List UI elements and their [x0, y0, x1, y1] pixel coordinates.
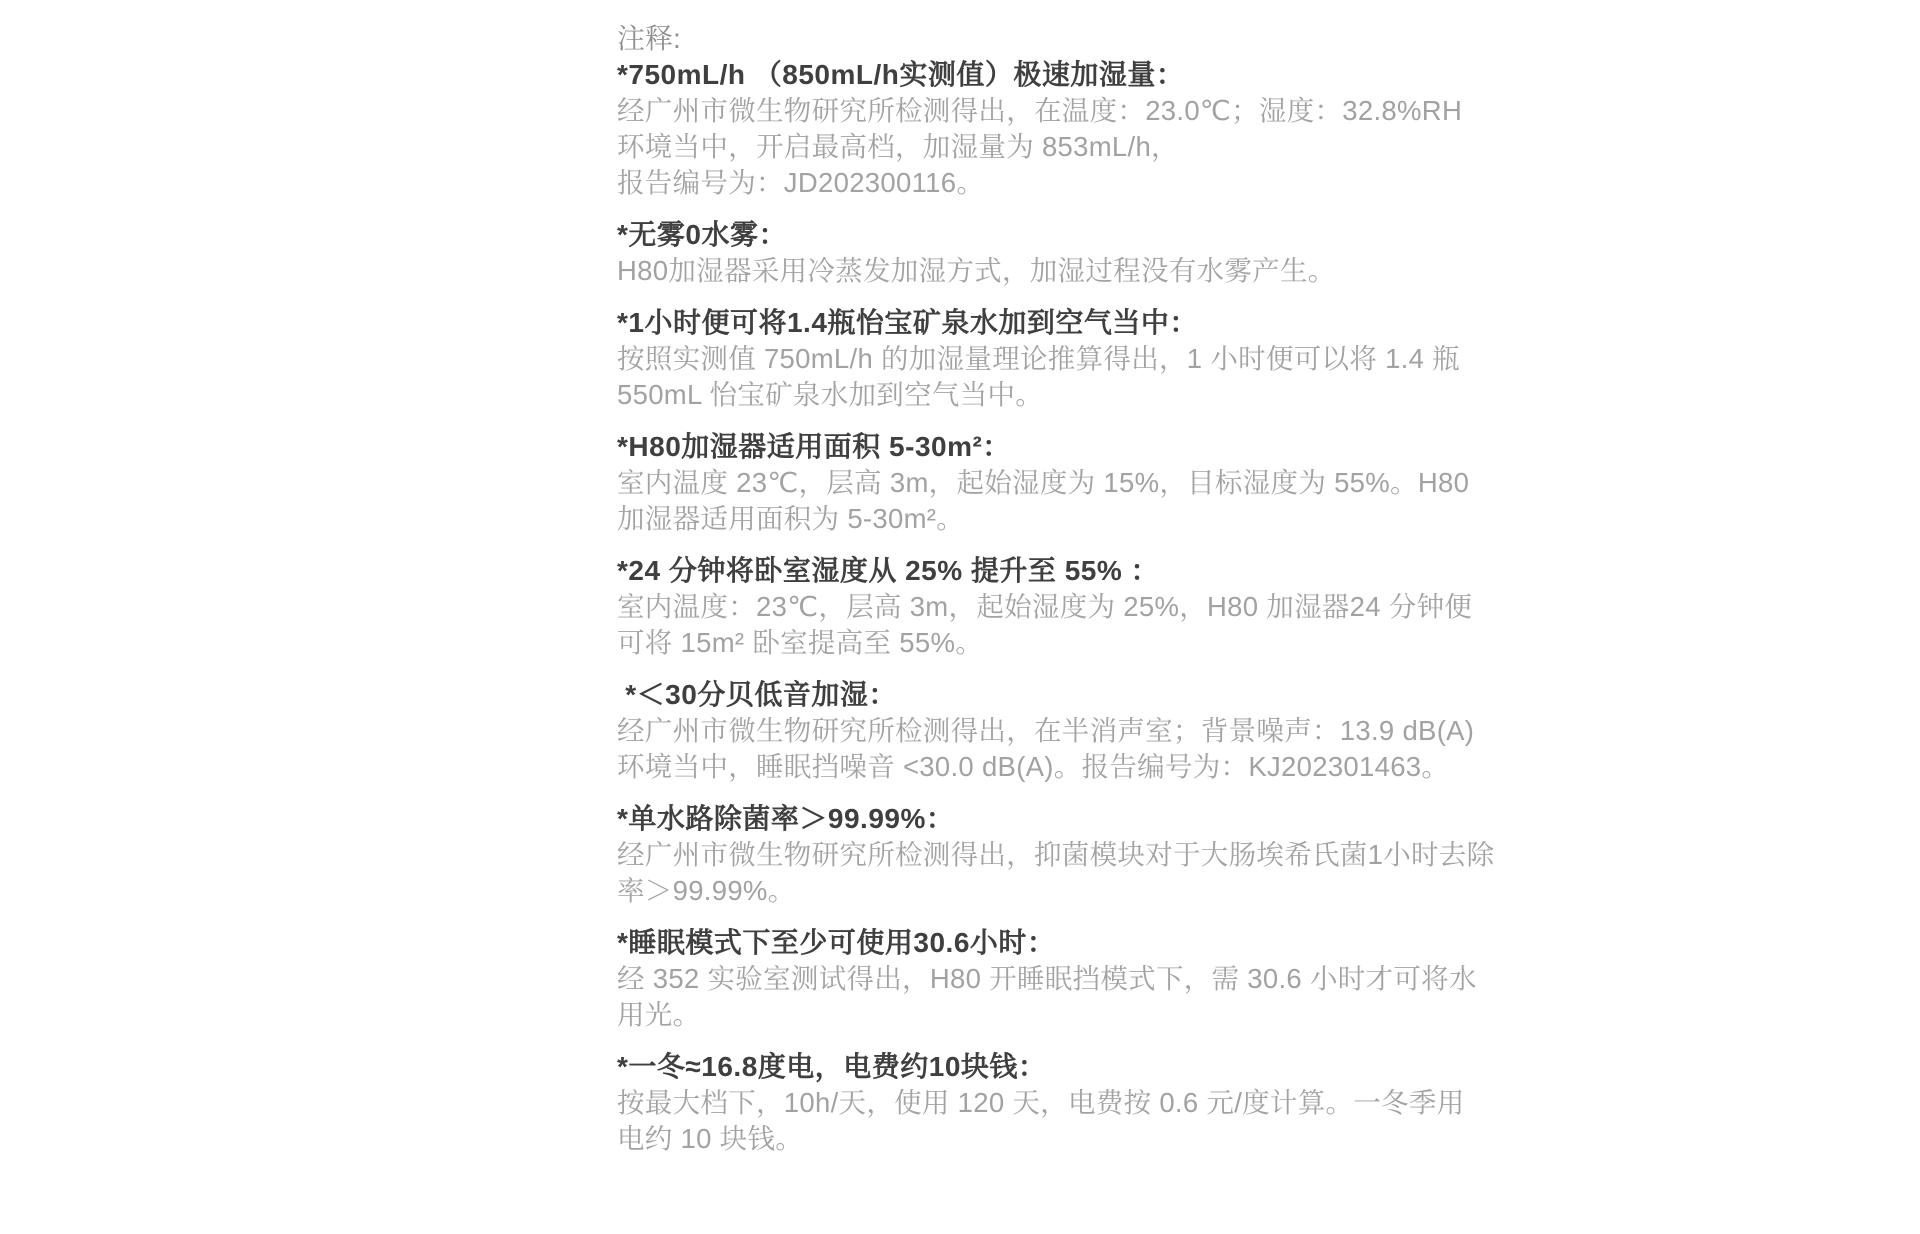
- note-section-24min-humidity: *24 分钟将卧室湿度从 25% 提升至 55% ： 室内温度：23℃，层高 3…: [617, 553, 1357, 661]
- note-section-no-mist: *无雾0水雾： H80加湿器采用冷蒸发加湿方式，加湿过程没有水雾产生。: [617, 217, 1357, 289]
- note-section-rapid-humidification: *750mL/h （850mL/h实测值）极速加湿量： 经广州市微生物研究所检测…: [617, 57, 1357, 201]
- note-section-electricity-cost: *一冬≈16.8度电，电费约10块钱： 按最大档下，10h/天，使用 120 天…: [617, 1049, 1357, 1157]
- note-line: 经广州市微生物研究所检测得出，在半消声室；背景噪声：13.9 dB(A): [617, 713, 1357, 749]
- note-line: 可将 15m² 卧室提高至 55%。: [617, 625, 1357, 661]
- note-section-sterilization-rate: *单水路除菌率＞99.99%： 经广州市微生物研究所检测得出，抑菌模块对于大肠埃…: [617, 801, 1357, 909]
- note-line: H80加湿器采用冷蒸发加湿方式，加湿过程没有水雾产生。: [617, 253, 1357, 289]
- note-section-water-bottle: *1小时便可将1.4瓶怡宝矿泉水加到空气当中： 按照实测值 750mL/h 的加…: [617, 305, 1357, 413]
- note-line: 环境当中，睡眠挡噪音 <30.0 dB(A)。报告编号为：KJ202301463…: [617, 749, 1357, 785]
- note-heading: *＜30分贝低音加湿：: [617, 677, 1357, 713]
- notes-title: 注释:: [617, 20, 1357, 57]
- product-notes-column: 注释: *750mL/h （850mL/h实测值）极速加湿量： 经广州市微生物研…: [617, 20, 1357, 1157]
- note-section-coverage-area: *H80加湿器适用面积 5-30m²： 室内温度 23℃，层高 3m，起始湿度为…: [617, 429, 1357, 537]
- note-line: 环境当中，开启最高档，加湿量为 853mL/h，: [617, 129, 1357, 165]
- note-heading: *H80加湿器适用面积 5-30m²：: [617, 429, 1357, 465]
- note-line: 室内温度：23℃，层高 3m，起始湿度为 25%，H80 加湿器24 分钟便: [617, 589, 1357, 625]
- note-line: 电约 10 块钱。: [617, 1121, 1357, 1157]
- note-heading: *无雾0水雾：: [617, 217, 1357, 253]
- note-heading: *一冬≈16.8度电，电费约10块钱：: [617, 1049, 1357, 1085]
- note-line: 经广州市微生物研究所检测得出，抑菌模块对于大肠埃希氏菌1小时去除: [617, 837, 1357, 873]
- note-heading: *单水路除菌率＞99.99%：: [617, 801, 1357, 837]
- note-line: 报告编号为：JD202300116。: [617, 165, 1357, 201]
- note-line: 室内温度 23℃，层高 3m，起始湿度为 15%，目标湿度为 55%。H80: [617, 465, 1357, 501]
- note-line: 经广州市微生物研究所检测得出，在温度：23.0℃；湿度：32.8%RH: [617, 93, 1357, 129]
- note-line: 550mL 怡宝矿泉水加到空气当中。: [617, 377, 1357, 413]
- note-section-sleep-mode-duration: *睡眠模式下至少可使用30.6小时： 经 352 实验室测试得出，H80 开睡眠…: [617, 925, 1357, 1033]
- note-line: 加湿器适用面积为 5-30m²。: [617, 501, 1357, 537]
- note-line: 按最大档下，10h/天，使用 120 天，电费按 0.6 元/度计算。一冬季用: [617, 1085, 1357, 1121]
- note-heading: *24 分钟将卧室湿度从 25% 提升至 55% ：: [617, 553, 1357, 589]
- note-heading: *750mL/h （850mL/h实测值）极速加湿量：: [617, 57, 1357, 93]
- note-line: 经 352 实验室测试得出，H80 开睡眠挡模式下，需 30.6 小时才可将水: [617, 961, 1357, 997]
- note-section-low-noise: *＜30分贝低音加湿： 经广州市微生物研究所检测得出，在半消声室；背景噪声：13…: [617, 677, 1357, 785]
- note-heading: *睡眠模式下至少可使用30.6小时：: [617, 925, 1357, 961]
- note-line: 按照实测值 750mL/h 的加湿量理论推算得出，1 小时便可以将 1.4 瓶: [617, 341, 1357, 377]
- note-line: 用光。: [617, 997, 1357, 1033]
- note-line: 率＞99.99%。: [617, 873, 1357, 909]
- note-heading: *1小时便可将1.4瓶怡宝矿泉水加到空气当中：: [617, 305, 1357, 341]
